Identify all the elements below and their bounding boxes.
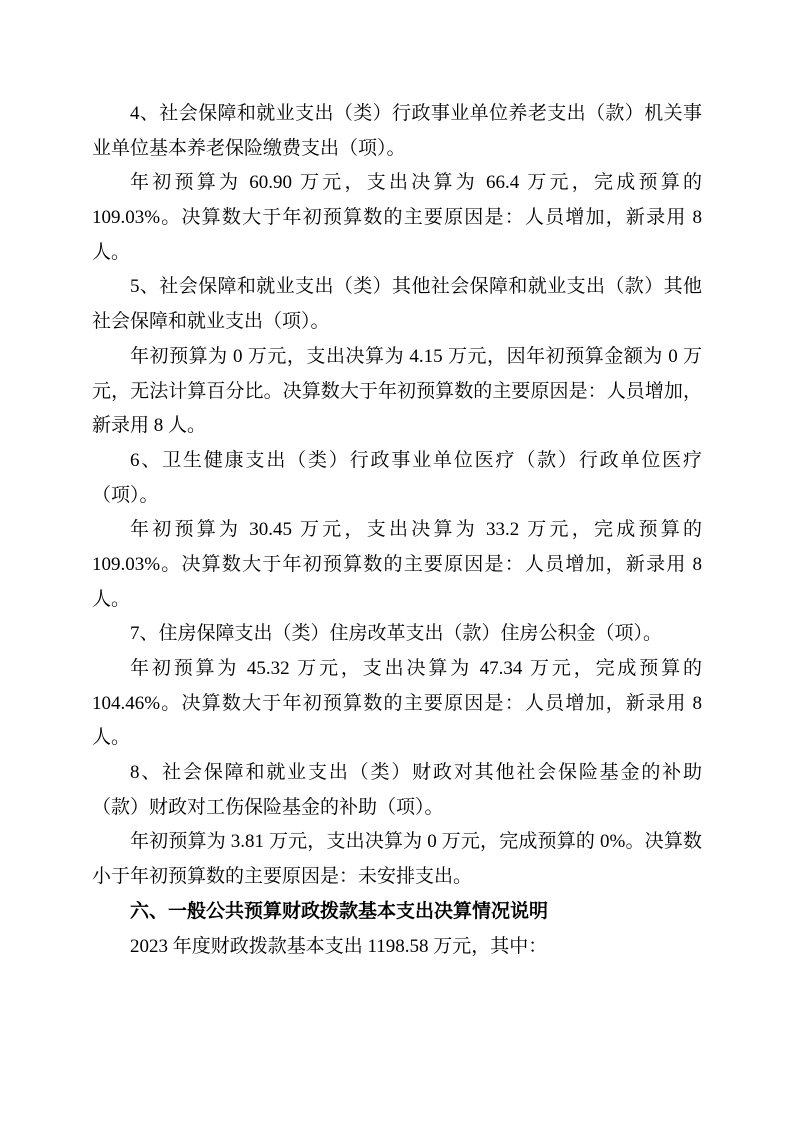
document-content: 4、社会保障和就业支出（类）行政事业单位养老支出（款）机关事 业单位基本养老保险… — [92, 97, 702, 964]
doc-line: 小于年初预算数的主要原因是：未安排支出。 — [92, 860, 702, 895]
doc-line: （项）。 — [92, 479, 702, 514]
doc-line: 年初预算为 0 万元，支出决算为 4.15 万元，因年初预算金额为 0 万 — [92, 340, 702, 375]
doc-line: 社会保障和就业支出（项）。 — [92, 305, 702, 340]
paragraph: 2023 年度财政拨款基本支出 1198.58 万元，其中： — [92, 930, 702, 965]
section-item-8: 8、社会保障和就业支出（类）财政对其他社会保险基金的补助 （款）财政对工伤保险基… — [92, 756, 702, 895]
doc-line: 年初预算为 3.81 万元，支出决算为 0 万元，完成预算的 0%。决算数 — [92, 825, 702, 860]
paragraph: 7、住房保障支出（类）住房改革支出（款）住房公积金（项）。 — [92, 617, 702, 652]
doc-line: 104.46%。决算数大于年初预算数的主要原因是：人员增加，新录用 8 — [92, 687, 702, 722]
section-heading: 六、一般公共预算财政拨款基本支出决算情况说明 — [92, 895, 702, 930]
section-item-5: 5、社会保障和就业支出（类）其他社会保障和就业支出（款）其他 社会保障和就业支出… — [92, 270, 702, 443]
doc-line: 新录用 8 人。 — [92, 409, 702, 444]
paragraph: 年初预算为 45.32 万元，支出决算为 47.34 万元，完成预算的 104.… — [92, 652, 702, 756]
doc-line: 109.03%。决算数大于年初预算数的主要原因是：人员增加，新录用 8 — [92, 201, 702, 236]
doc-line: 年初预算为 60.90 万元，支出决算为 66.4 万元，完成预算的 — [92, 166, 702, 201]
section-heading-6: 六、一般公共预算财政拨款基本支出决算情况说明 — [92, 895, 702, 930]
paragraph: 年初预算为 60.90 万元，支出决算为 66.4 万元，完成预算的 109.0… — [92, 166, 702, 270]
doc-line: 8、社会保障和就业支出（类）财政对其他社会保险基金的补助 — [92, 756, 702, 791]
doc-line: （款）财政对工伤保险基金的补助（项）。 — [92, 791, 702, 826]
doc-line: 109.03%。决算数大于年初预算数的主要原因是：人员增加，新录用 8 — [92, 548, 702, 583]
paragraph: 年初预算为 0 万元，支出决算为 4.15 万元，因年初预算金额为 0 万 元，… — [92, 340, 702, 444]
doc-line: 人。 — [92, 583, 702, 618]
paragraph: 年初预算为 30.45 万元，支出决算为 33.2 万元，完成预算的 109.0… — [92, 513, 702, 617]
paragraph: 5、社会保障和就业支出（类）其他社会保障和就业支出（款）其他 社会保障和就业支出… — [92, 270, 702, 339]
document-page: 4、社会保障和就业支出（类）行政事业单位养老支出（款）机关事 业单位基本养老保险… — [0, 0, 793, 1122]
doc-line: 人。 — [92, 236, 702, 271]
section-item-6: 6、卫生健康支出（类）行政事业单位医疗（款）行政单位医疗 （项）。 年初预算为 … — [92, 444, 702, 617]
doc-line: 4、社会保障和就业支出（类）行政事业单位养老支出（款）机关事 — [92, 97, 702, 132]
doc-line: 年初预算为 45.32 万元，支出决算为 47.34 万元，完成预算的 — [92, 652, 702, 687]
doc-line: 元，无法计算百分比。决算数大于年初预算数的主要原因是：人员增加， — [92, 375, 702, 410]
doc-line: 5、社会保障和就业支出（类）其他社会保障和就业支出（款）其他 — [92, 270, 702, 305]
paragraph: 4、社会保障和就业支出（类）行政事业单位养老支出（款）机关事 业单位基本养老保险… — [92, 97, 702, 166]
paragraph: 六、一般公共预算财政拨款基本支出决算情况说明 — [92, 895, 702, 930]
doc-line: 业单位基本养老保险缴费支出（项）。 — [92, 132, 702, 167]
doc-line: 2023 年度财政拨款基本支出 1198.58 万元，其中： — [92, 930, 702, 965]
paragraph: 年初预算为 3.81 万元，支出决算为 0 万元，完成预算的 0%。决算数 小于… — [92, 825, 702, 894]
paragraph: 6、卫生健康支出（类）行政事业单位医疗（款）行政单位医疗 （项）。 — [92, 444, 702, 513]
doc-line: 人。 — [92, 721, 702, 756]
section-item-7: 7、住房保障支出（类）住房改革支出（款）住房公积金（项）。 年初预算为 45.3… — [92, 617, 702, 756]
doc-line: 7、住房保障支出（类）住房改革支出（款）住房公积金（项）。 — [92, 617, 702, 652]
doc-line: 6、卫生健康支出（类）行政事业单位医疗（款）行政单位医疗 — [92, 444, 702, 479]
section-item-4: 4、社会保障和就业支出（类）行政事业单位养老支出（款）机关事 业单位基本养老保险… — [92, 97, 702, 270]
paragraph: 8、社会保障和就业支出（类）财政对其他社会保险基金的补助 （款）财政对工伤保险基… — [92, 756, 702, 825]
section-basic-expenditure-intro: 2023 年度财政拨款基本支出 1198.58 万元，其中： — [92, 930, 702, 965]
doc-line: 年初预算为 30.45 万元，支出决算为 33.2 万元，完成预算的 — [92, 513, 702, 548]
